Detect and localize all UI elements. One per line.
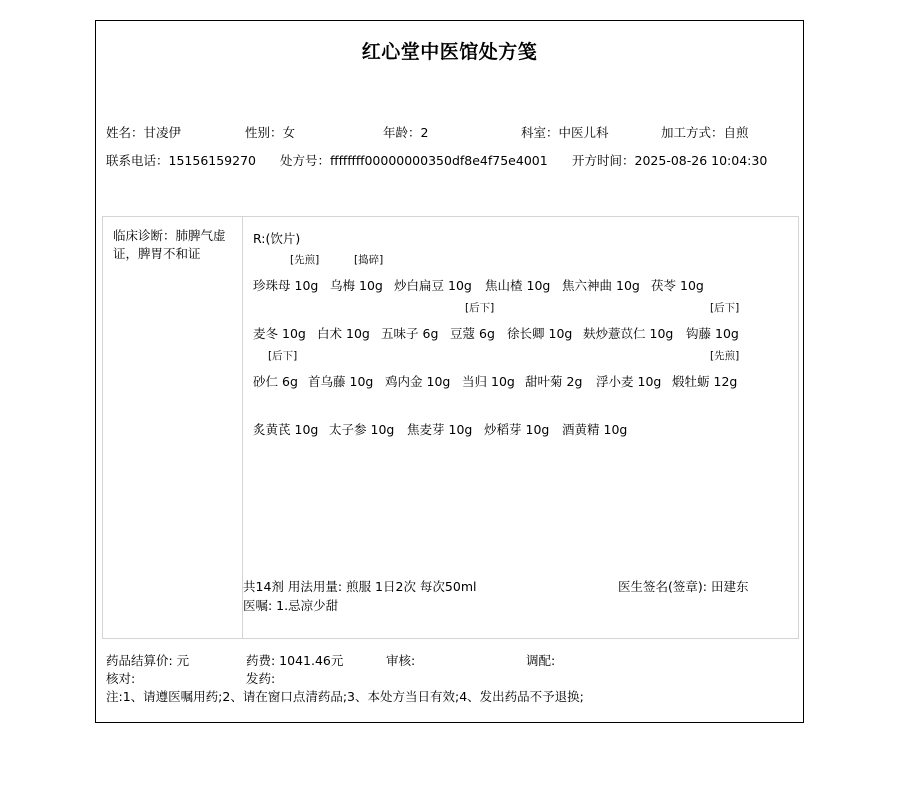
prescription-time: 开方时间：2025-08-26 10:04:30 — [572, 151, 767, 169]
herb-item: 焦六神曲 10g — [562, 276, 640, 294]
herb-dose: 10g — [527, 278, 551, 293]
herb-name: 麸炒薏苡仁 — [583, 326, 646, 341]
prescription-sheet: 红心堂中医馆处方笺 姓名：甘凌伊 性别：女 年龄：2 科室：中医儿科 加工方式：… — [95, 20, 804, 723]
herb-dose: 10g — [350, 374, 374, 389]
herb-item: 焦麦芽 10g — [407, 420, 472, 438]
herb-name: 炒稻芽 — [484, 422, 522, 437]
review-field: 审核: — [386, 651, 415, 669]
herb-item: [后下]钩藤 10g — [686, 324, 739, 342]
herb-item: 茯苓 10g — [651, 276, 704, 294]
herb-dose: 12g — [714, 374, 738, 389]
clinical-diagnosis: 临床诊断：肺脾气虚证，脾胃不和证 — [113, 227, 238, 263]
department-value: 中医儿科 — [559, 125, 609, 140]
herb-dose: 6g — [282, 374, 298, 389]
patient-age-value: 2 — [421, 125, 429, 140]
herb-dose: 2g — [567, 374, 583, 389]
herb-item: 麸炒薏苡仁 10g — [583, 324, 673, 342]
herb-name: 焦山楂 — [485, 278, 523, 293]
herb-note: [后下] — [268, 348, 297, 363]
patient-gender: 性别：女 — [245, 123, 295, 141]
herb-name: 麦冬 — [253, 326, 278, 341]
diagnosis-label: 临床诊断： — [113, 228, 176, 243]
patient-name: 姓名：甘凌伊 — [106, 123, 181, 141]
herb-dose: 6g — [423, 326, 439, 341]
process-method-label: 加工方式： — [661, 125, 724, 140]
prescription-body: 临床诊断：肺脾气虚证，脾胃不和证 R:(饮片) [先煎]珍珠母 10g [捣碎]… — [102, 216, 799, 639]
herb-name: 白术 — [317, 326, 342, 341]
prescription-number: 处方号：ffffffff00000000350df8e4f75e4001 — [280, 151, 548, 169]
herb-name: 徐长卿 — [507, 326, 545, 341]
department-label: 科室： — [521, 125, 559, 140]
herb-dose: 10g — [295, 278, 319, 293]
herb-item: 焦山楂 10g — [485, 276, 550, 294]
herb-name: 鸡内金 — [385, 374, 423, 389]
herb-item: 太子参 10g — [329, 420, 394, 438]
herb-item: 酒黄精 10g — [562, 420, 627, 438]
herb-name: 酒黄精 — [562, 422, 600, 437]
footer-notice: 注:1、请遵医嘱用药;2、请在窗口点清药品;3、本处方当日有效;4、发出药品不予… — [106, 687, 584, 705]
herb-name: 焦麦芽 — [407, 422, 445, 437]
herb-item: 五味子 6g — [381, 324, 438, 342]
herb-name: 首乌藤 — [308, 374, 346, 389]
herb-dose: 10g — [549, 326, 573, 341]
herb-item: 麦冬 10g — [253, 324, 306, 342]
herb-item: 首乌藤 10g — [308, 372, 373, 390]
prescription-number-value: ffffffff00000000350df8e4f75e4001 — [330, 153, 548, 168]
herb-dose: 10g — [449, 422, 473, 437]
phone-label: 联系电话： — [106, 153, 169, 168]
herb-name: 焦六神曲 — [562, 278, 612, 293]
herb-dose: 10g — [371, 422, 395, 437]
herb-note: [先煎] — [710, 348, 739, 363]
herb-note: [先煎] — [290, 252, 319, 267]
patient-age-label: 年龄： — [383, 125, 421, 140]
prescription-number-label: 处方号： — [280, 153, 330, 168]
phone: 联系电话：15156159270 — [106, 151, 256, 169]
herb-name: 乌梅 — [330, 278, 355, 293]
herb-name: 炙黄芪 — [253, 422, 291, 437]
herb-name: 甜叶菊 — [525, 374, 563, 389]
herb-name: 珍珠母 — [253, 278, 291, 293]
herb-name: 砂仁 — [253, 374, 278, 389]
department: 科室：中医儿科 — [521, 123, 609, 141]
herb-dose: 10g — [638, 374, 662, 389]
rx-header: R:(饮片) — [253, 229, 300, 247]
herb-dose: 10g — [295, 422, 319, 437]
herb-name: 钩藤 — [686, 326, 711, 341]
herb-name: 太子参 — [329, 422, 367, 437]
doctor-advice: 医嘱: 1.忌凉少甜 — [243, 596, 338, 614]
herb-dose: 10g — [427, 374, 451, 389]
herb-item: [捣碎]乌梅 10g — [330, 276, 383, 294]
herb-item: 鸡内金 10g — [385, 372, 450, 390]
herb-item: [先煎]煅牡蛎 12g — [672, 372, 737, 390]
herb-name: 五味子 — [381, 326, 419, 341]
herb-note: [后下] — [710, 300, 739, 315]
patient-name-label: 姓名： — [106, 125, 144, 140]
patient-gender-label: 性别： — [245, 125, 283, 140]
herb-name: 茯苓 — [651, 278, 676, 293]
herb-item: [后下]豆蔻 6g — [450, 324, 495, 342]
herb-item: 炒稻芽 10g — [484, 420, 549, 438]
herb-note: [后下] — [465, 300, 494, 315]
column-divider — [242, 217, 243, 638]
prescription-time-value: 2025-08-26 10:04:30 — [635, 153, 768, 168]
dispense-field: 调配: — [526, 651, 555, 669]
herb-dose: 10g — [650, 326, 674, 341]
herb-name: 浮小麦 — [596, 374, 634, 389]
herb-name: 豆蔻 — [450, 326, 475, 341]
herb-name: 煅牡蛎 — [672, 374, 710, 389]
usage-instructions: 共14剂 用法用量: 煎服 1日2次 每次50ml — [243, 577, 476, 595]
doctor-signature: 医生签名(签章): 田建东 — [618, 577, 748, 595]
herb-dose: 10g — [715, 326, 739, 341]
herb-item: 徐长卿 10g — [507, 324, 572, 342]
herb-item: 白术 10g — [317, 324, 370, 342]
patient-name-value: 甘凌伊 — [144, 125, 182, 140]
herb-item: 炒白扁豆 10g — [394, 276, 472, 294]
herb-dose: 10g — [680, 278, 704, 293]
check-field: 核对: — [106, 669, 135, 687]
herb-dose: 10g — [359, 278, 383, 293]
herb-item: [后下]砂仁 6g — [253, 372, 298, 390]
herb-item: 炙黄芪 10g — [253, 420, 318, 438]
herb-note: [捣碎] — [354, 252, 383, 267]
herb-dose: 10g — [526, 422, 550, 437]
herb-dose: 10g — [604, 422, 628, 437]
patient-gender-value: 女 — [283, 125, 296, 140]
patient-age: 年龄：2 — [383, 123, 428, 141]
process-method: 加工方式：自煎 — [661, 123, 749, 141]
process-method-value: 自煎 — [724, 125, 749, 140]
drug-fee: 药费: 1041.46元 — [246, 651, 343, 669]
herb-dose: 10g — [346, 326, 370, 341]
herb-dose: 6g — [479, 326, 495, 341]
herb-name: 炒白扁豆 — [394, 278, 444, 293]
settle-price: 药品结算价: 元 — [106, 651, 189, 669]
herb-item: [先煎]珍珠母 10g — [253, 276, 318, 294]
prescription-time-label: 开方时间： — [572, 153, 635, 168]
issue-field: 发药: — [246, 669, 275, 687]
herb-item: 当归 10g — [462, 372, 515, 390]
herb-dose: 10g — [282, 326, 306, 341]
herb-name: 当归 — [462, 374, 487, 389]
herb-item: 浮小麦 10g — [596, 372, 661, 390]
phone-value: 15156159270 — [169, 153, 256, 168]
page-title: 红心堂中医馆处方笺 — [96, 37, 803, 64]
herb-dose: 10g — [491, 374, 515, 389]
herb-item: 甜叶菊 2g — [525, 372, 582, 390]
herb-dose: 10g — [616, 278, 640, 293]
herb-dose: 10g — [448, 278, 472, 293]
